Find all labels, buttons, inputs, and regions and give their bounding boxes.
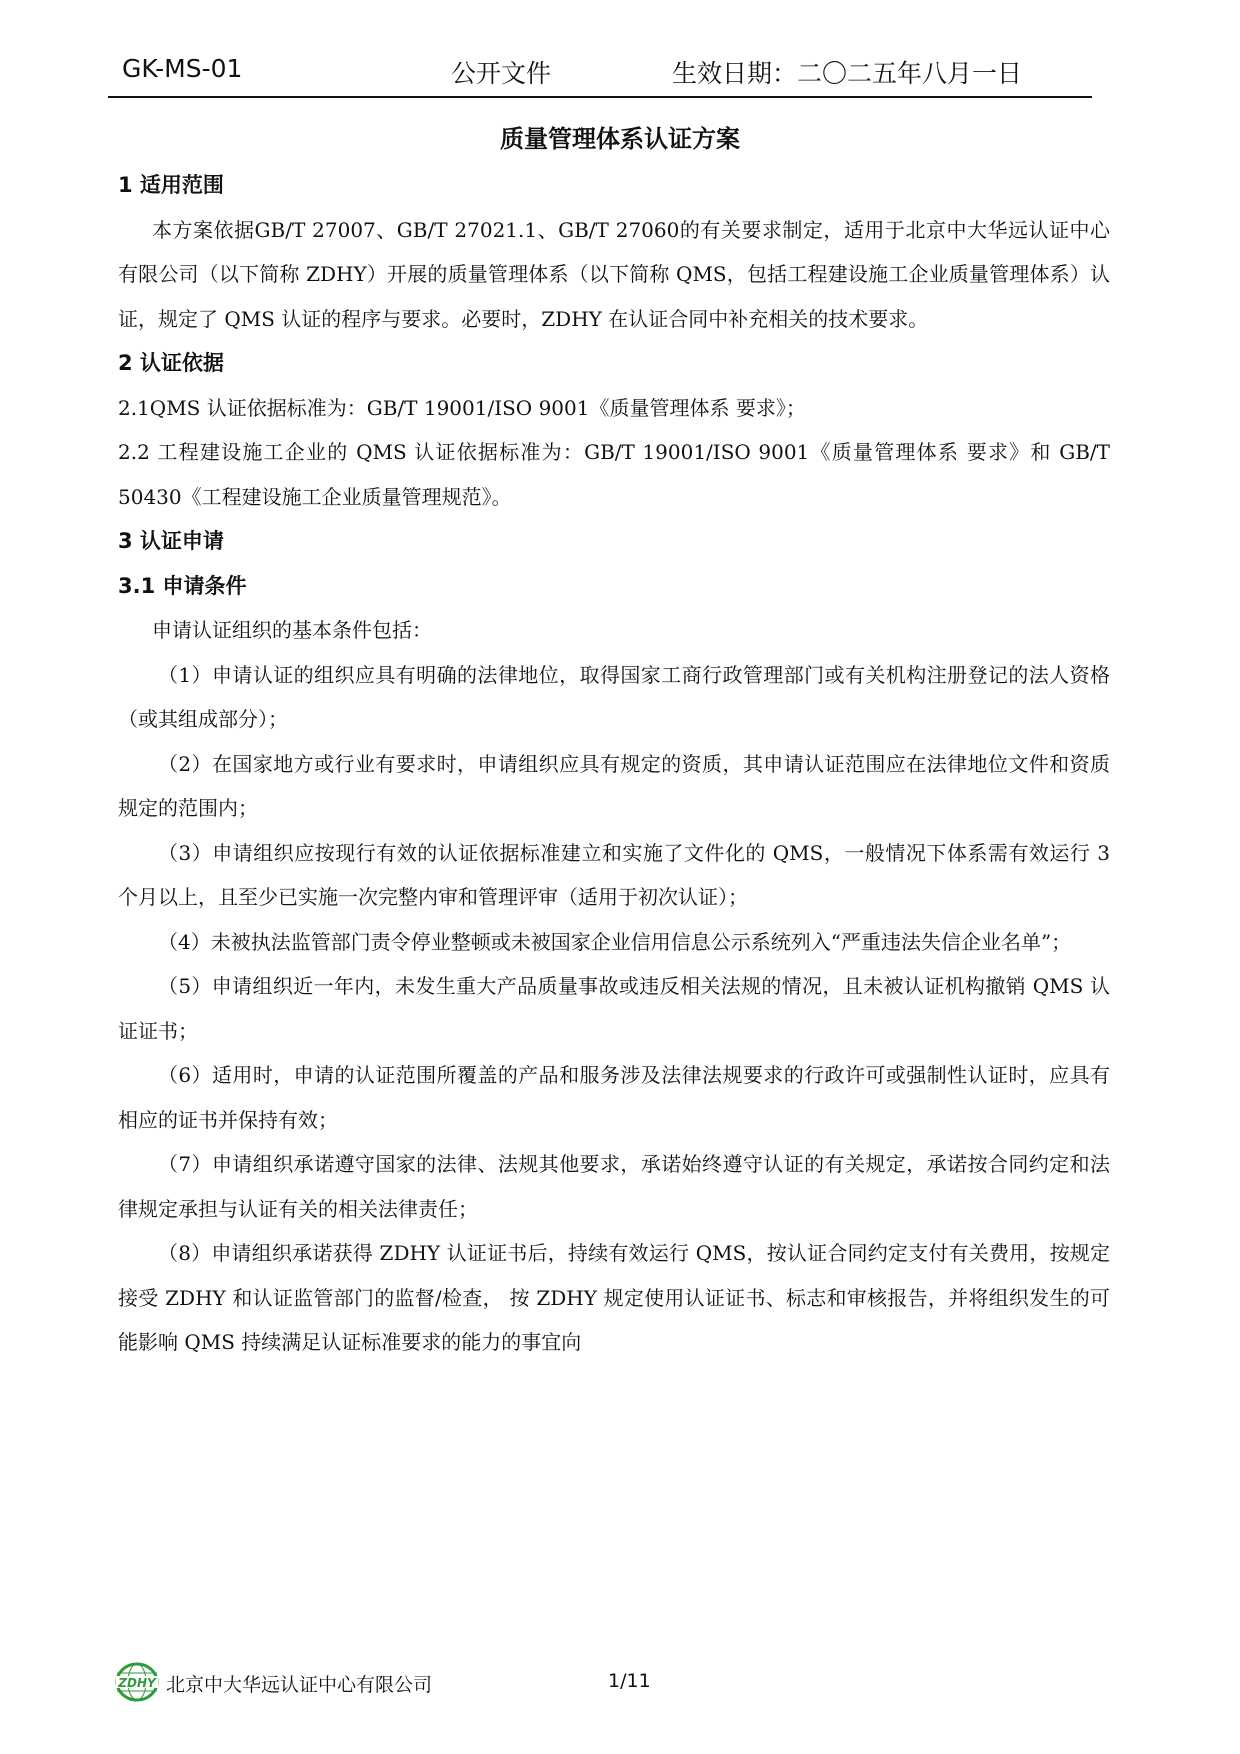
document-code: GK-MS-01 — [122, 54, 242, 83]
section-heading-3: 3 认证申请 — [118, 519, 1110, 564]
svg-text:ZDHY: ZDHY — [117, 1676, 157, 1690]
condition-item-8: （8）申请组织承诺获得 ZDHY 认证证书后，持续有效运行 QMS，按认证合同约… — [118, 1231, 1110, 1365]
condition-item-2: （2）在国家地方或行业有要求时，申请组织应具有规定的资质，其申请认证范围应在法律… — [118, 742, 1110, 831]
condition-item-4: （4）未被执法监管部门责令停业整顿或未被国家企业信用信息公示系统列入“严重违法失… — [118, 920, 1110, 965]
document-classification: 公开文件 — [451, 54, 551, 90]
page-header: GK-MS-01 公开文件 生效日期：二〇二五年八月一日 — [108, 50, 1092, 96]
company-name: 北京中大华远认证中心有限公司 — [166, 1670, 432, 1697]
section-heading-2: 2 认证依据 — [118, 341, 1110, 386]
document-body: 1 适用范围 本方案依据GB/T 27007、GB/T 27021.1、GB/T… — [118, 163, 1110, 1365]
condition-item-5: （5）申请组织近一年内，未发生重大产品质量事故或违反相关法规的情况，且未被认证机… — [118, 964, 1110, 1053]
document-title: 质量管理体系认证方案 — [0, 119, 1240, 154]
effective-date: 生效日期：二〇二五年八月一日 — [672, 54, 1022, 90]
condition-item-6: （6）适用时，申请的认证范围所覆盖的产品和服务涉及法律法规要求的行政许可或强制性… — [118, 1053, 1110, 1142]
section-1-body: 本方案依据GB/T 27007、GB/T 27021.1、GB/T 27060的… — [118, 208, 1110, 342]
section-3-1-intro: 申请认证组织的基本条件包括： — [118, 608, 1110, 653]
condition-item-7: （7）申请组织承诺遵守国家的法律、法规其他要求，承诺始终遵守认证的有关规定，承诺… — [118, 1142, 1110, 1231]
section-2-2: 2.2 工程建设施工企业的 QMS 认证依据标准为：GB/T 19001/ISO… — [118, 430, 1110, 519]
section-2-1: 2.1QMS 认证依据标准为：GB/T 19001/ISO 9001《质量管理体… — [118, 386, 1110, 431]
section-heading-3-1: 3.1 申请条件 — [118, 564, 1110, 609]
condition-item-1: （1）申请认证的组织应具有明确的法律地位，取得国家工商行政管理部门或有关机构注册… — [118, 653, 1110, 742]
section-heading-1: 1 适用范围 — [118, 163, 1110, 208]
company-logo-icon: ZDHY — [114, 1662, 160, 1702]
page-footer: ZDHY 北京中大华远认证中心有限公司 1/11 — [114, 1662, 814, 1702]
header-divider — [108, 96, 1092, 98]
page-number: 1/11 — [608, 1670, 651, 1692]
condition-item-3: （3）申请组织应按现行有效的认证依据标准建立和实施了文件化的 QMS，一般情况下… — [118, 831, 1110, 920]
